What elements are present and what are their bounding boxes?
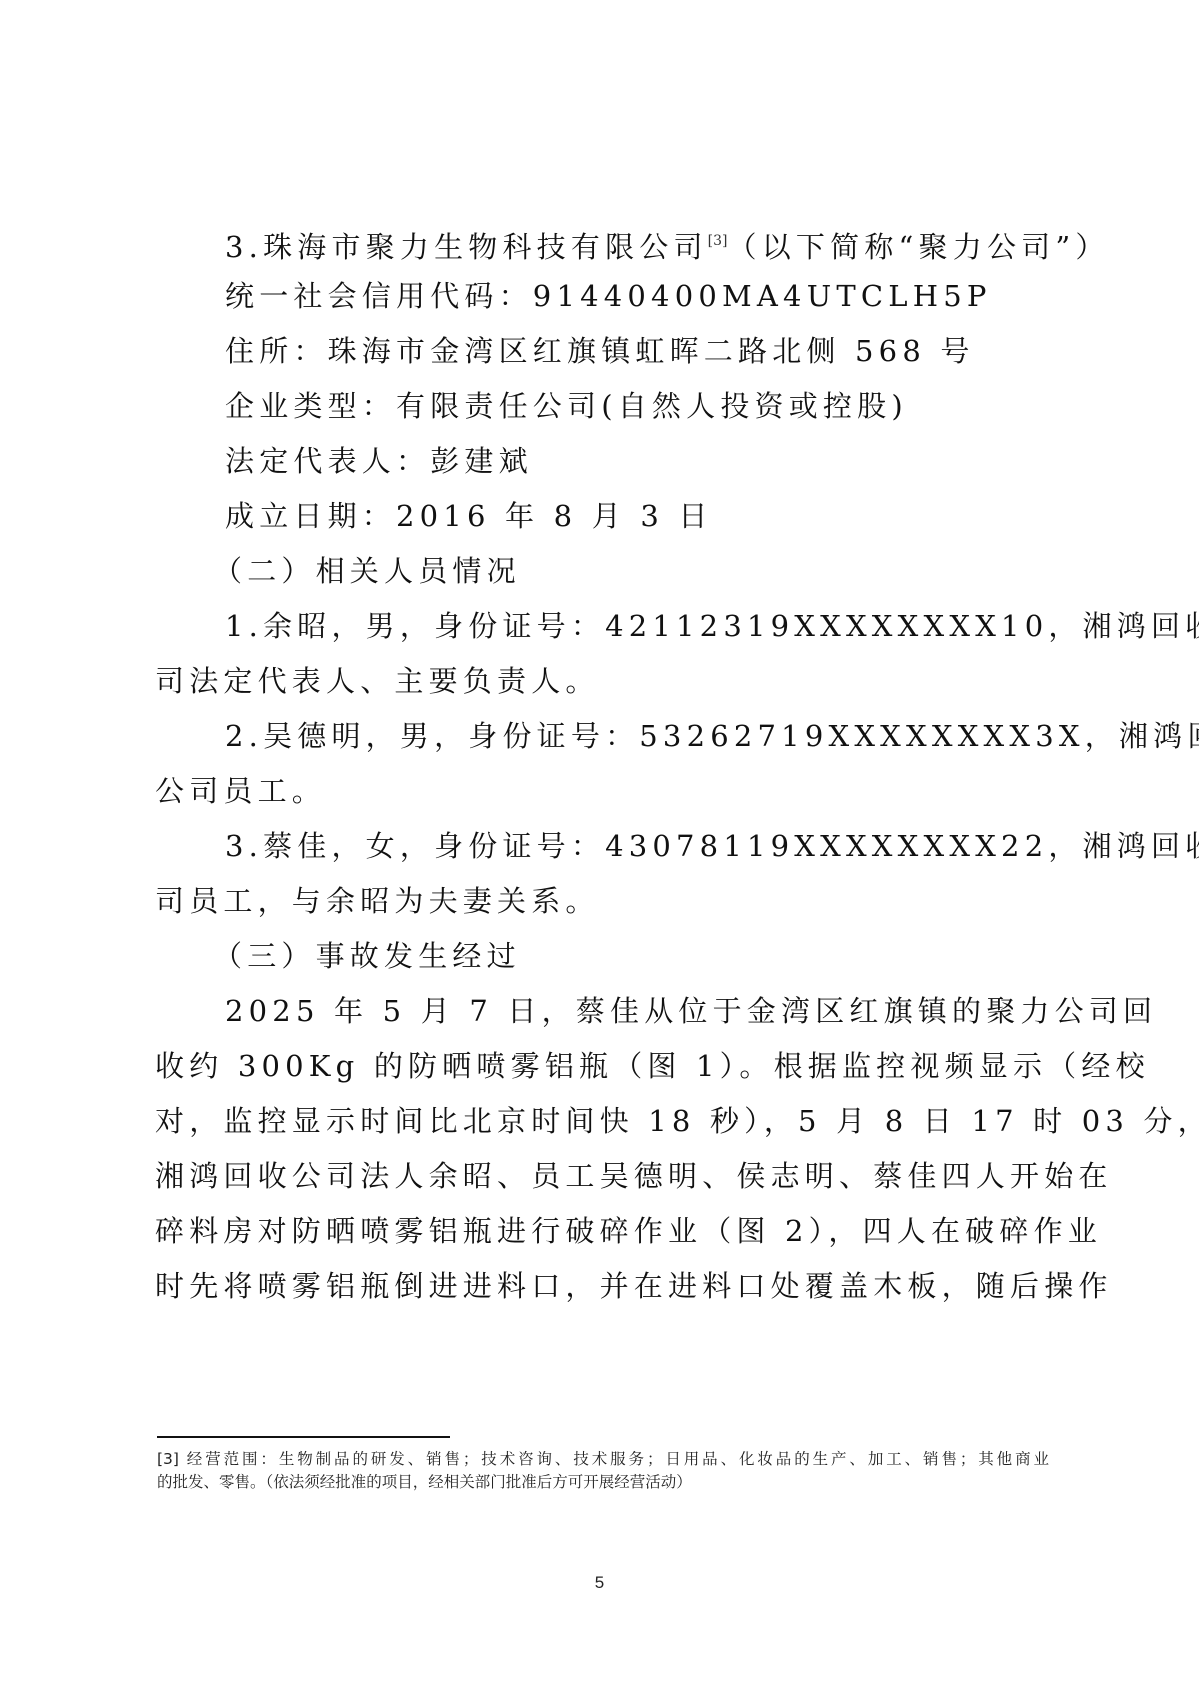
paragraph-line: 时先将喷雾铝瓶倒进进料口，并在进料口处覆盖木板，随后操作: [155, 1259, 1049, 1314]
footnote-line-1: [3] 经营范围：生物制品的研发、销售；技术咨询、技术服务；日用品、化妆品的生产…: [157, 1448, 1049, 1471]
person-3-line-1: 3.蔡佳，女，身份证号：43078119XXXXXXXX22，湘鸿回收公: [155, 819, 1049, 874]
company-title-suffix: （以下简称“聚力公司”）: [728, 230, 1110, 264]
body-text: 3.珠海市聚力生物科技有限公司[3]（以下简称“聚力公司”） 统一社会信用代码：…: [155, 214, 1049, 1314]
paragraph-line: 收约 300Kg 的防晒喷雾铝瓶（图 1）。根据监控视频显示（经校: [155, 1039, 1049, 1094]
person-1-line-1: 1.余昭，男，身份证号：42112319XXXXXXXX10，湘鸿回收公: [155, 599, 1049, 654]
footnote: [3] 经营范围：生物制品的研发、销售；技术咨询、技术服务；日用品、化妆品的生产…: [157, 1448, 1049, 1494]
company-title-line: 3.珠海市聚力生物科技有限公司[3]（以下简称“聚力公司”）: [155, 214, 1049, 269]
paragraph-line: 碎料房对防晒喷雾铝瓶进行破碎作业（图 2），四人在破碎作业: [155, 1204, 1049, 1259]
established-date-line: 成立日期：2016 年 8 月 3 日: [155, 489, 1049, 544]
person-2-line-2: 公司员工。: [155, 764, 1049, 819]
paragraph-line: 对，监控显示时间比北京时间快 18 秒），5 月 8 日 17 时 03 分，: [155, 1094, 1049, 1149]
person-1-line-2: 司法定代表人、主要负责人。: [155, 654, 1049, 709]
credit-code-line: 统一社会信用代码：91440400MA4UTCLH5P: [155, 269, 1049, 324]
legal-rep-line: 法定代表人：彭建斌: [155, 434, 1049, 489]
person-2-line-1: 2.吴德明，男，身份证号：53262719XXXXXXXX3X，湘鸿回收: [155, 709, 1049, 764]
footnote-separator: [157, 1436, 450, 1438]
person-3-line-2: 司员工，与余昭为夫妻关系。: [155, 874, 1049, 929]
section-heading-related-persons: （二）相关人员情况: [155, 544, 1049, 599]
section-heading-accident-process: （三）事故发生经过: [155, 929, 1049, 984]
enterprise-type-line: 企业类型：有限责任公司(自然人投资或控股): [155, 379, 1049, 434]
footnote-line-2: 的批发、零售。（依法须经批准的项目，经相关部门批准后方可开展经营活动）: [157, 1471, 1049, 1494]
footnote-reference[interactable]: [3]: [708, 233, 728, 249]
document-page: 3.珠海市聚力生物科技有限公司[3]（以下简称“聚力公司”） 统一社会信用代码：…: [0, 0, 1199, 1696]
paragraph-line: 2025 年 5 月 7 日，蔡佳从位于金湾区红旗镇的聚力公司回: [155, 984, 1049, 1039]
page-number: 5: [0, 1573, 1199, 1593]
paragraph-line: 湘鸿回收公司法人余昭、员工吴德明、侯志明、蔡佳四人开始在: [155, 1149, 1049, 1204]
address-line: 住所：珠海市金湾区红旗镇虹晖二路北侧 568 号: [155, 324, 1049, 379]
company-title: 3.珠海市聚力生物科技有限公司: [225, 230, 708, 264]
